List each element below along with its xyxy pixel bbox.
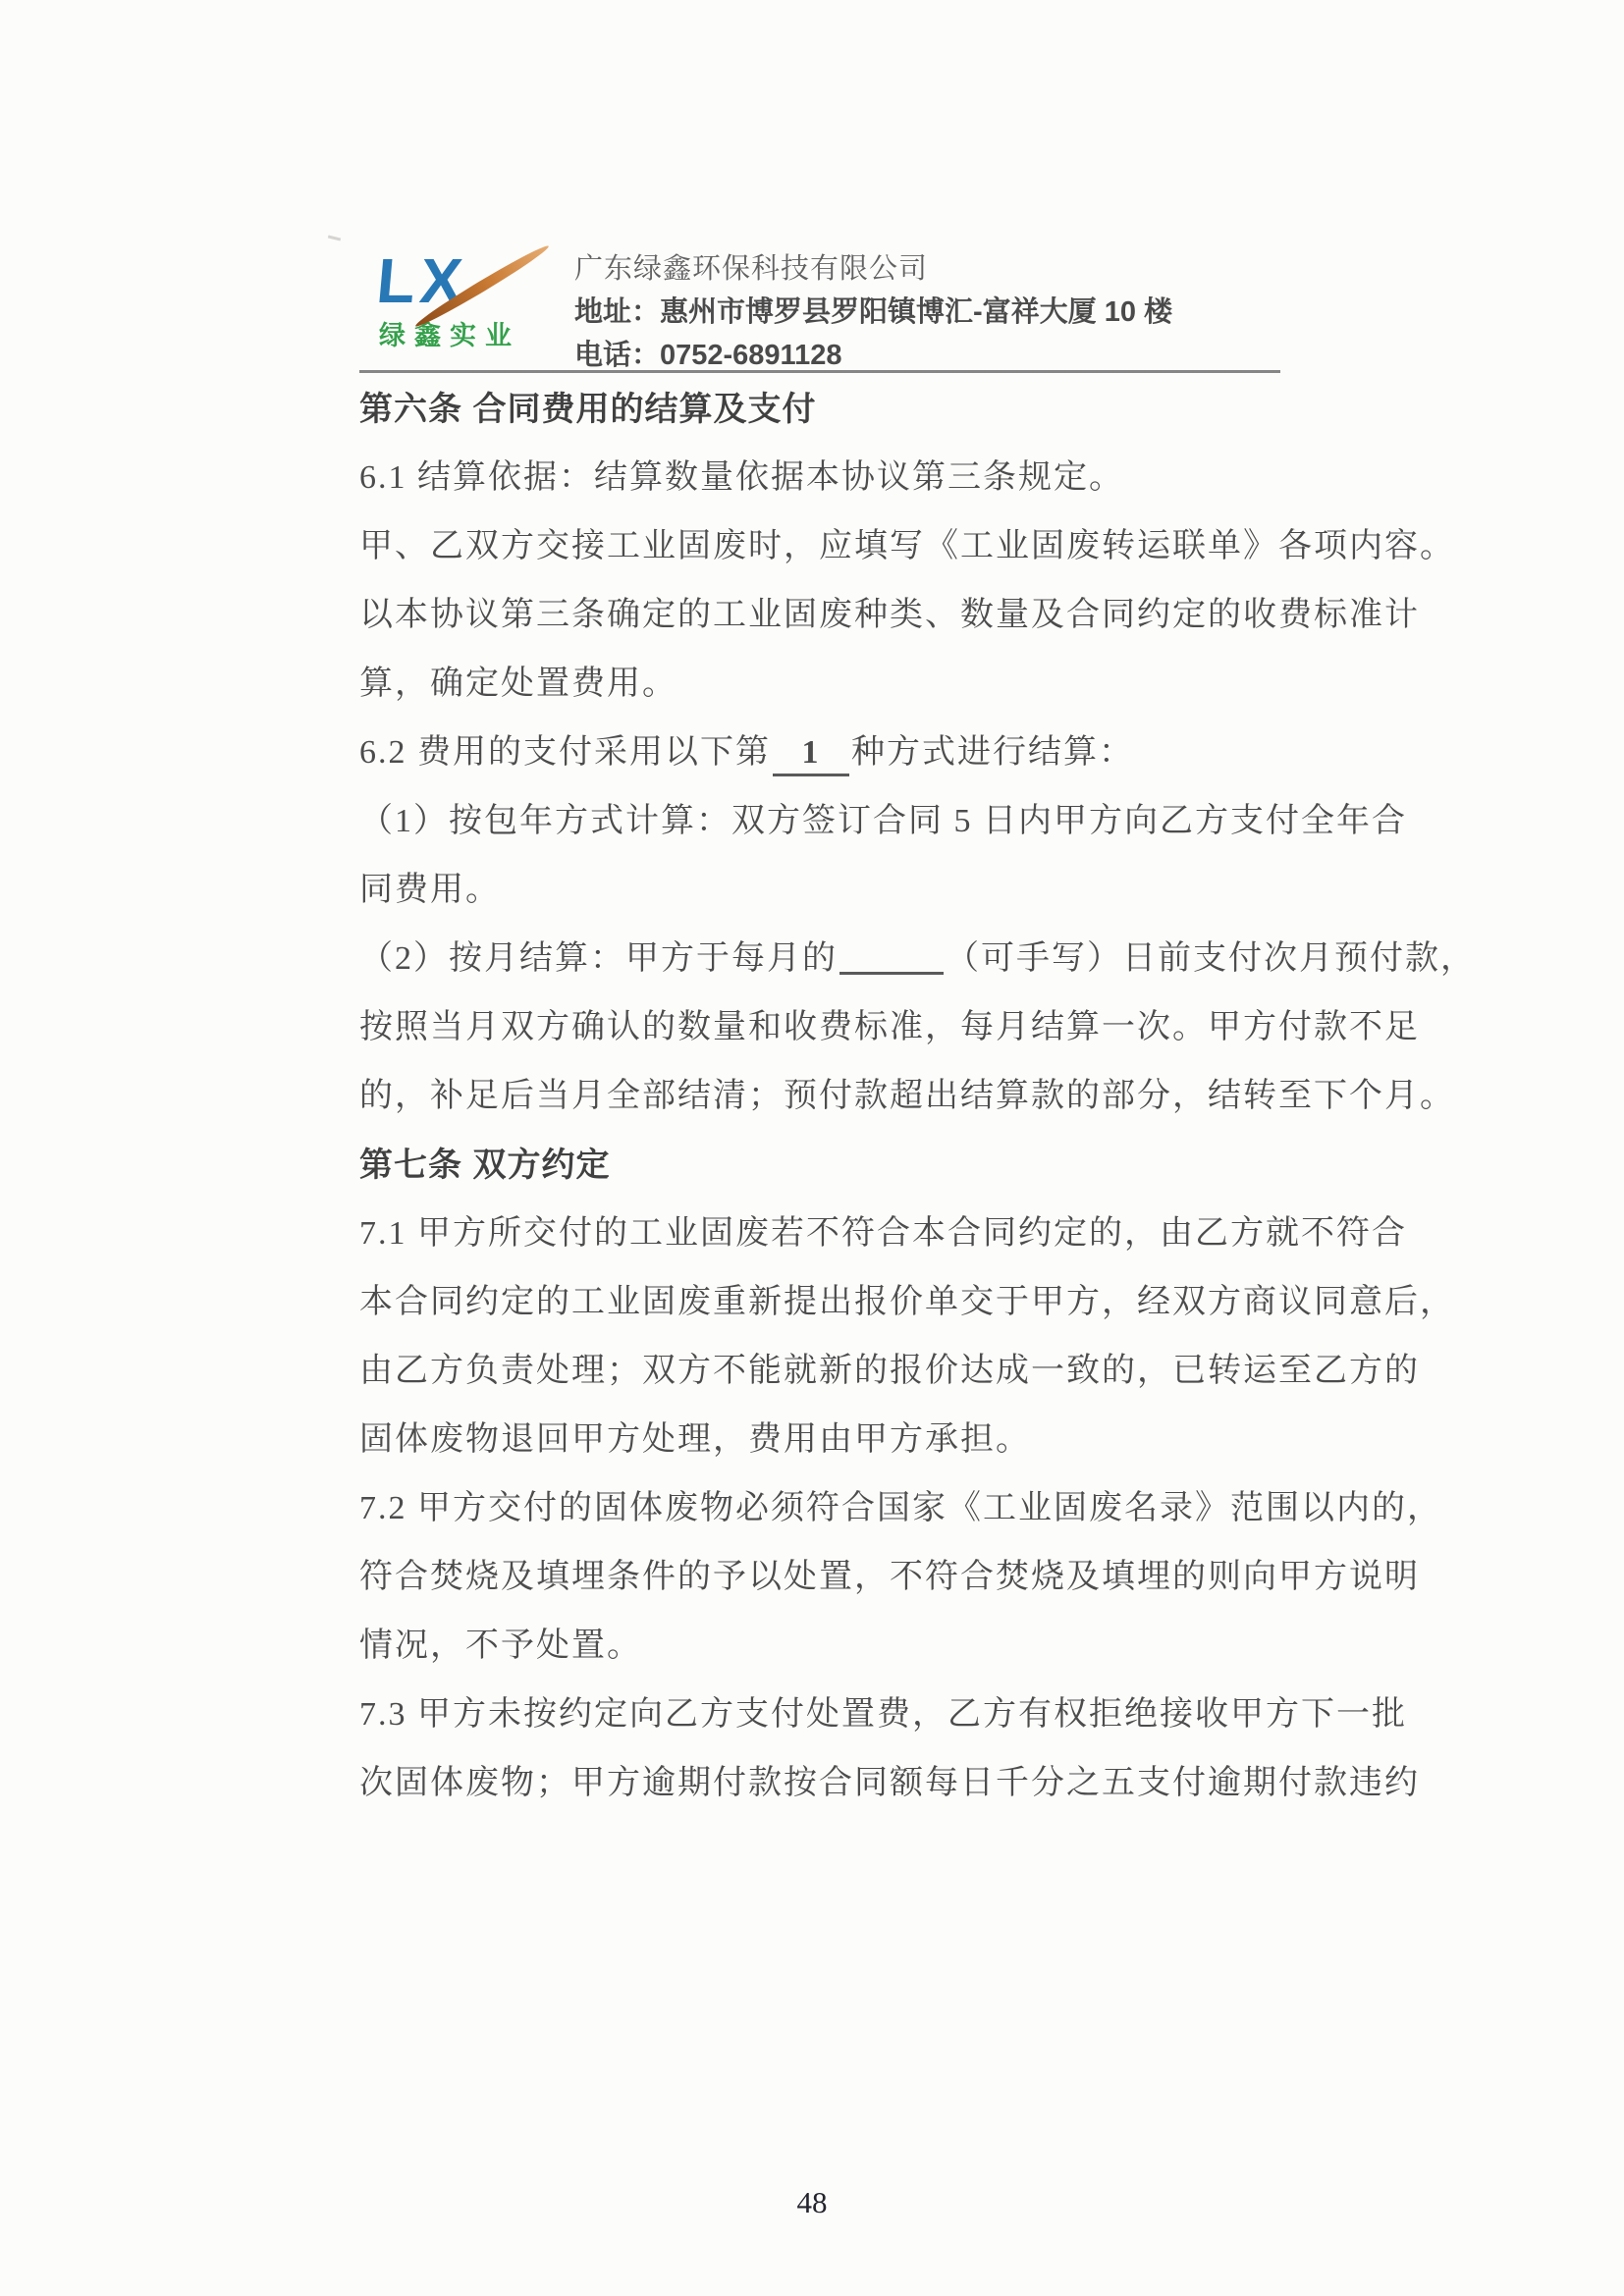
logo-subtitle: 绿鑫实业: [371, 314, 577, 352]
paragraph-line: 符合焚烧及填埋条件的予以处置，不符合焚烧及填埋的则向甲方说明: [359, 1543, 1420, 1612]
line-text-prefix: 6.2 费用的支付采用以下第: [359, 734, 771, 771]
letterhead-divider: [359, 370, 1280, 373]
paragraph-line-with-blank: 6.2 费用的支付采用以下第1种方式进行结算：: [359, 719, 1420, 787]
paragraph-line: 以本协议第三条确定的工业固废种类、数量及合同约定的收费标准计: [359, 581, 1420, 650]
company-name: 广东绿鑫环保科技有限公司: [574, 247, 1172, 291]
filled-blank: 1: [773, 732, 849, 776]
contract-body: 第六条 合同费用的结算及支付 6.1 结算依据：结算数量依据本协议第三条规定。 …: [359, 375, 1420, 1818]
line-text-prefix: （2）按月结算：甲方于每月的: [359, 940, 838, 977]
paragraph-line: 的，补足后当月全部结清；预付款超出结算款的部分，结转至下个月。: [359, 1062, 1420, 1131]
paragraph-line: 甲、乙双方交接工业固废时，应填写《工业固废转运联单》各项内容。: [359, 512, 1420, 581]
handwrite-blank: [839, 938, 944, 975]
line-text-suffix: 种方式进行结算：: [851, 734, 1134, 771]
letterhead-info: 广东绿鑫环保科技有限公司 地址：惠州市博罗县罗阳镇博汇-富祥大厦 10 楼 电话…: [574, 247, 1172, 377]
section-heading: 第六条 合同费用的结算及支付: [359, 375, 1420, 444]
paragraph-line: 7.2 甲方交付的固体废物必须符合国家《工业固废名录》范围以内的，: [359, 1474, 1420, 1543]
paragraph-line: 7.1 甲方所交付的工业固废若不符合本合同约定的，由乙方就不符合: [359, 1200, 1420, 1268]
scanned-contract-page: LX 绿鑫实业 广东绿鑫环保科技有限公司 地址：惠州市博罗县罗阳镇博汇-富祥大厦…: [0, 0, 1624, 2296]
paragraph-line: 按照当月双方确认的数量和收费标准，每月结算一次。甲方付款不足: [359, 993, 1420, 1062]
paragraph-line: 同费用。: [359, 856, 1420, 925]
paragraph-line-with-blank: （2）按月结算：甲方于每月的（可手写）日前支付次月预付款，: [359, 925, 1420, 993]
paragraph-line: 6.1 结算依据：结算数量依据本协议第三条规定。: [359, 444, 1420, 512]
paragraph-line: 由乙方负责处理；双方不能就新的报价达成一致的，已转运至乙方的: [359, 1337, 1420, 1406]
paragraph-line: 7.3 甲方未按约定向乙方支付处置费，乙方有权拒绝接收甲方下一批: [359, 1681, 1420, 1749]
paragraph-line: 次固体废物；甲方逾期付款按合同额每日千分之五支付逾期付款违约: [359, 1749, 1420, 1818]
line-text-suffix: （可手写）日前支付次月预付款，: [946, 940, 1476, 977]
page-number: 48: [0, 2171, 1624, 2234]
paragraph-line: 情况，不予处置。: [359, 1612, 1420, 1681]
company-logo: LX 绿鑫实业: [371, 251, 577, 361]
company-address: 地址：惠州市博罗县罗阳镇博汇-富祥大厦 10 楼: [574, 291, 1172, 334]
paragraph-line: 固体废物退回甲方处理，费用由甲方承担。: [359, 1406, 1420, 1474]
section-heading: 第七条 双方约定: [359, 1131, 1420, 1200]
paragraph-line: （1）按包年方式计算：双方签订合同 5 日内甲方向乙方支付全年合: [359, 787, 1420, 856]
paragraph-line: 算，确定处置费用。: [359, 650, 1420, 719]
paragraph-line: 本合同约定的工业固废重新提出报价单交于甲方，经双方商议同意后，: [359, 1268, 1420, 1337]
scan-artifact: [328, 235, 341, 240]
